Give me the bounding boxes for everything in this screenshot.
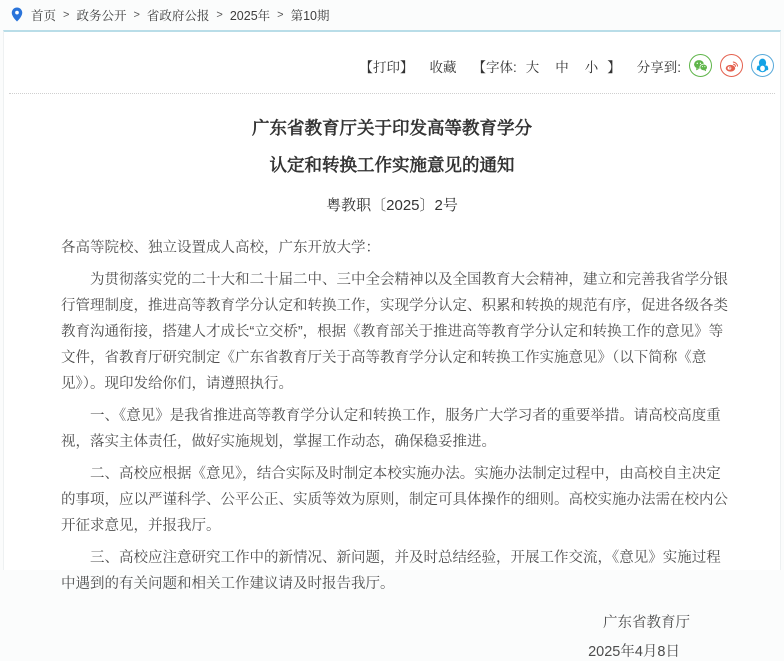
page-title: 广东省教育厅关于印发高等教育学分 认定和转换工作实施意见的通知: [4, 110, 780, 184]
share-qq-icon[interactable]: [751, 54, 774, 77]
article-body: 各高等院校、独立设置成人高校，广东开放大学： 为贯彻落实党的二十大和二十届二中、…: [4, 235, 780, 563]
share-weibo-icon[interactable]: [720, 54, 743, 77]
breadcrumb-item-home[interactable]: 首页: [31, 6, 56, 24]
font-size-label-close: 】: [607, 56, 621, 76]
salutation: 各高等院校、独立设置成人高校，广东开放大学：: [61, 235, 732, 261]
print-button[interactable]: 【打印】: [359, 56, 413, 76]
article-toolbar: 【打印】 收藏 【字体: 大 中 小 】 分享到:: [4, 32, 780, 85]
breadcrumb-separator: >: [133, 9, 139, 21]
font-size-large-button[interactable]: 大: [519, 56, 547, 76]
breadcrumb-item-open-gov[interactable]: 政务公开: [76, 6, 126, 24]
favorite-button[interactable]: 收藏: [429, 56, 456, 76]
share-controls: 分享到:: [637, 54, 774, 77]
share-wechat-icon[interactable]: [689, 54, 712, 77]
location-pin-icon: [10, 6, 24, 23]
font-size-small-button[interactable]: 小: [578, 56, 606, 76]
body-paragraph: 三、高校应注意研究工作中的新情况、新问题，并及时总结经验，开展工作交流，《意见》…: [61, 545, 732, 563]
breadcrumb-item-gazette[interactable]: 省政府公报: [147, 6, 210, 24]
article-card: 【打印】 收藏 【字体: 大 中 小 】 分享到:: [3, 30, 781, 563]
breadcrumb-separator: >: [277, 9, 283, 21]
body-paragraph: 二、高校应根据《意见》，结合实际及时制定本校实施办法。实施办法制定过程中，由高校…: [61, 461, 732, 539]
page-title-line2: 认定和转换工作实施意见的通知: [4, 147, 780, 184]
font-size-controls: 【字体: 大 中 小 】: [472, 56, 620, 76]
body-paragraph: 为贯彻落实党的二十大和二十届二中、三中全会精神以及全国教育大会精神，建立和完善我…: [61, 267, 732, 397]
font-size-label: 【字体:: [472, 56, 516, 76]
breadcrumb-separator: >: [63, 9, 69, 21]
breadcrumb: 首页 > 政务公开 > 省政府公报 > 2025年 > 第10期: [0, 0, 784, 29]
share-label: 分享到:: [637, 56, 681, 76]
document-number: 粤教职〔2025〕2号: [4, 194, 780, 215]
breadcrumb-item-issue: 第10期: [291, 6, 330, 24]
body-paragraph: 一、《意见》是我省推进高等教育学分认定和转换工作，服务广大学习者的重要举措。请高…: [61, 403, 732, 455]
font-size-medium-button[interactable]: 中: [548, 56, 576, 76]
breadcrumb-item-year[interactable]: 2025年: [230, 6, 270, 24]
page-title-line1: 广东省教育厅关于印发高等教育学分: [4, 110, 780, 147]
breadcrumb-separator: >: [216, 9, 222, 21]
toolbar-divider: [9, 93, 775, 94]
